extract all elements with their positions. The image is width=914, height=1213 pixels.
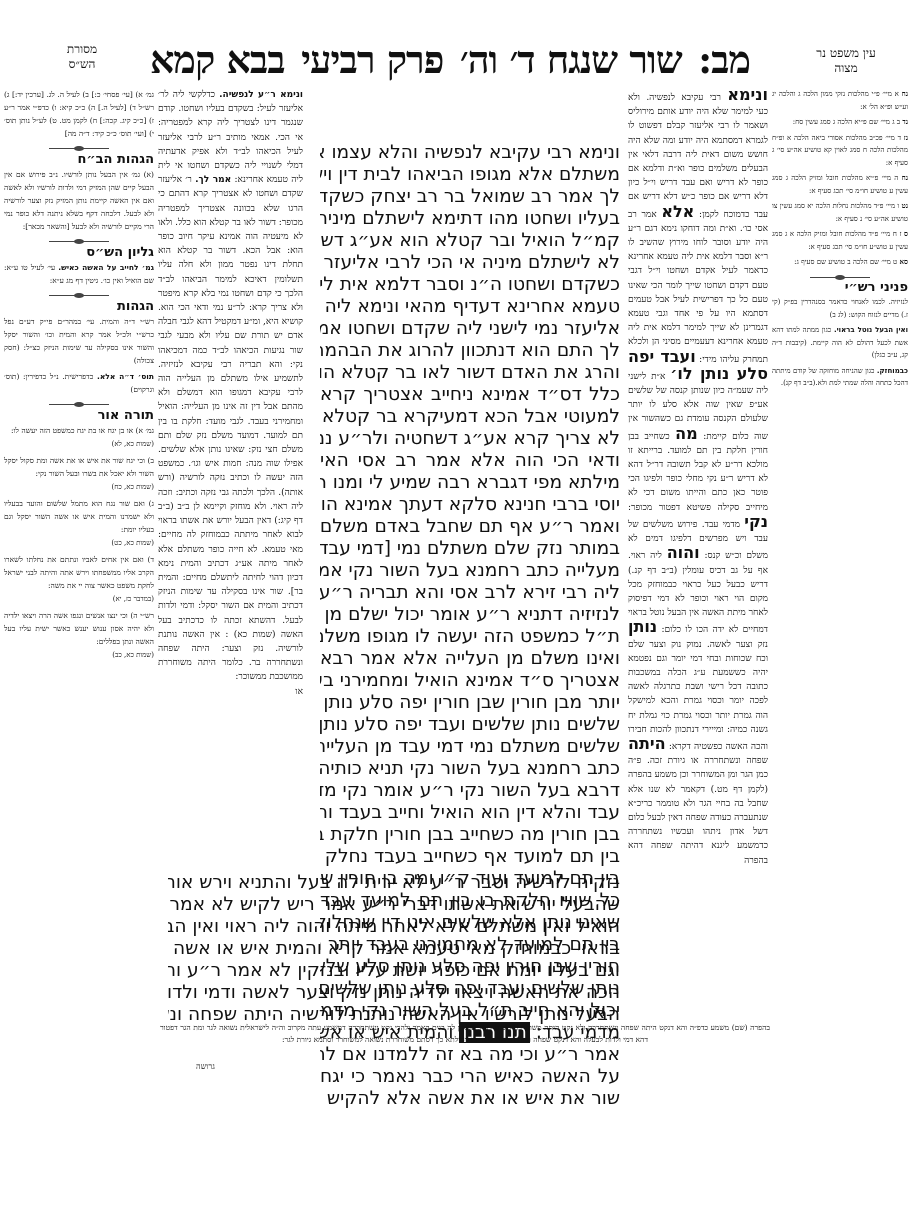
gemara-line: במותר נזק שלם משתלם נמי [דמי עבד] bbox=[320, 538, 620, 560]
torah-or-verse: רש״י ה) וכי ינצו אנשים ונגפו אשה הרה ויצ… bbox=[4, 609, 154, 662]
gilyon-hashas-text: גמ׳ לחייב על האשה כאיש. עי׳ לעיל טו ע״א:… bbox=[4, 261, 154, 287]
gilyon-hashas-title: גליון הש״ס bbox=[4, 246, 154, 259]
gemara-line: דרבא בעל השור נקי ר״ע אומר נקי מדמי bbox=[320, 780, 620, 802]
gemara-line: כלל דס״ד אמינא ניחייב אצטריך קרא bbox=[320, 384, 620, 406]
gemara-line: יותר מבן חורין שבן חורין יפה סלע נותן סל… bbox=[320, 692, 620, 714]
gemara-line: ואמר ר״ע אף תם שחבל באדם משלם bbox=[320, 516, 620, 538]
ein-mishpat-entry: נח א מיי׳ פ״י מהלכות נזקי ממון הלכה ג וה… bbox=[772, 88, 908, 113]
rashi-commentary: ונימא רבי עקיבא לנפשיה. ולא כעי למימר של… bbox=[628, 88, 768, 868]
ein-mishpat-column: נח א מיי׳ פ״י מהלכות נזקי ממון הלכה ג וה… bbox=[772, 88, 908, 393]
tosafot-dibbur-hamatchil: אמר לך. bbox=[195, 175, 231, 185]
gemara-line: וגם בעליו יומת אם כופר יושת עליו ובנזקין… bbox=[168, 960, 620, 982]
torah-or-verse: ב) וכי יגח שור את איש או את אשה ומת סקול… bbox=[4, 454, 154, 494]
gemara-line: לא לישתלם מיניה אי הכי לרבי אליעזר נמי bbox=[320, 252, 620, 274]
gemara-line: הכה את האשה ויצאו ילדיה נותן נזק וצער לא… bbox=[168, 982, 620, 1004]
rashi-dibbur-hamatchil: ונימא bbox=[727, 85, 768, 104]
gemara-line: אליעזר נמי לישני ליה שקדם ושחטו אמר bbox=[320, 318, 620, 340]
ornament-divider bbox=[49, 295, 109, 296]
gemara-line: אצטריך ס״ד אמינא הואיל ומחמירני בעבד bbox=[320, 670, 620, 692]
gemara-line: שור את איש או את אשה אלא להקיש אשה bbox=[320, 1088, 620, 1110]
perek-label: פרק רביעי bbox=[301, 40, 443, 80]
torah-or-verse: גמ׳ א) או בן יגח או בת יגח כמשפט הזה יעש… bbox=[4, 424, 154, 451]
pnei-rashi-entry: ואין הבעל נוטל בראוי. כגון ממתה למתו דהא… bbox=[772, 324, 908, 362]
gemara-line: לא צריך קרא אע״ג דשחטיה ולר״ע נמי bbox=[320, 428, 620, 450]
torah-or-verse: ד) ואם אין אחים לאביו ונתתם את נחלתו לשא… bbox=[4, 553, 154, 606]
gemara-line: בראוי כבמוחזק מאי טעמא אמר קרא והמית איש… bbox=[168, 938, 620, 960]
ornament-divider bbox=[49, 241, 109, 242]
hagahot-bach-title: הגהות הב״ח bbox=[4, 153, 154, 166]
gemara-line: שלשים משתלם נמי דמי עבד מן העלייה bbox=[320, 736, 620, 758]
gemara-text-wide: נזקיה לורשיה וסבר ר״ע לא ירית לה בעל והת… bbox=[168, 872, 620, 1026]
pnei-rashi-title: פניני רש״י bbox=[772, 282, 908, 295]
talmud-page: מסורת הש״ס מב: שור שנגח ד׳ וה׳ פרק רביעי… bbox=[0, 0, 914, 1213]
gemara-line: מילתא מפי דגברא רבה שמיע לי ומנו רבי bbox=[320, 472, 620, 494]
gemara-line: ונימא רבי עקיבא לנפשיה והלא עצמו אין bbox=[320, 142, 620, 164]
gemara-line: קמ״ל הואיל ובר קטלא הוא אע״ג דשחטיה bbox=[320, 230, 620, 252]
masoret-hashas-heading: מסורת הש״ס bbox=[52, 42, 112, 72]
pnei-rashi-entry: לנזיזיה. לכמו לאנחוי כדאמר בסנהדרין בפ״ק… bbox=[772, 296, 908, 321]
pnei-rashi-entry: כבמוחזק. כגון שהניחה מוחזקה של קודם מיתת… bbox=[772, 365, 908, 390]
ein-mishpat-entry: נח ה מיי׳ פ״יא מהלכות חובל ומזיק הלכה ג … bbox=[772, 172, 908, 197]
gemara-line: אמר ר״ע וכי מה בא זה ללמדנו אם לחייב bbox=[320, 1044, 620, 1066]
gemara-line: למעוטי אבל הכא דמעיקרא בר קטלא הוה bbox=[320, 406, 620, 428]
tractate-name: בבא קמא bbox=[150, 40, 285, 80]
gemara-line: ליה רבי זירא לרב אסי והא תבריה ר״ע bbox=[320, 582, 620, 604]
rashi-continuation-bottom: בהפרה (שם) משמע כדפ״ה והא דנקט היתה שפחה… bbox=[160, 1022, 770, 1046]
ein-mishpat-entry: סא ט מיי׳ שם הלכה ב טושיע שם סעיף ג: bbox=[772, 256, 908, 269]
ein-mishpat-entry: ס ז ח מיי׳ פ״ד מהלכות חובל ומזיק הלכה א … bbox=[772, 228, 908, 253]
gemara-line: בין תם למועד אף כשחייב בעבד נחלק בו bbox=[320, 846, 620, 868]
gemara-line: בעליו ושחטו מהו דתימא לישתלם מיניה bbox=[320, 208, 620, 230]
page-title: מב: שור שנגח ד׳ וה׳ פרק רביעי בבא קמא bbox=[150, 40, 750, 80]
gemara-line: על האשה כאיש הרי כבר נאמר כי יגח bbox=[320, 1066, 620, 1088]
tosafot-dibbur-hamatchil: ונימא ר״ע לנפשיה. bbox=[219, 90, 303, 100]
rashi-dibbur-hamatchil: היתה bbox=[628, 734, 666, 753]
gemara-line: והרג את האדם דשור לאו בר קטלא הוא bbox=[320, 362, 620, 384]
gemara-line: לנזיזיה דתניא ר״ע אומר יכול ישלם מן העלי… bbox=[320, 604, 620, 626]
gemara-line: ואינו משלם מן העלייה אלא אמר רבא bbox=[320, 648, 620, 670]
page-header: מסורת הש״ס מב: שור שנגח ד׳ וה׳ פרק רביעי… bbox=[0, 38, 914, 88]
gemara-line: כשקדם ושחטו ה״נ וסבר דלמא אית ליה bbox=[320, 274, 620, 296]
ein-mishpat-heading: עין משפט נר מצוה bbox=[810, 46, 882, 76]
chapter-title: שור שנגח ד׳ וה׳ bbox=[460, 40, 682, 80]
rashi-dibbur-hamatchil: והוה bbox=[667, 543, 700, 562]
rashi-dibbur-hamatchil: מה bbox=[675, 424, 698, 443]
gemara-line: משתלם אלא מגופו הביאהו לבית דין וישלם bbox=[320, 164, 620, 186]
gemara-line: מעלייה כתב רחמנא בעל השור נקי אמר bbox=[320, 560, 620, 582]
gemara-line: שלשים נותן שלשים ועבד יפה סלע נותן bbox=[320, 714, 620, 736]
tosafot-end-word: או bbox=[158, 685, 303, 699]
ornament-divider bbox=[49, 404, 109, 405]
gemara-line: יוסי ברבי חנינא סלקא דעתך אמינא הואיל bbox=[320, 494, 620, 516]
rashi-dibbur-hamatchil: אלא bbox=[661, 202, 694, 221]
gemara-final-word: או bbox=[588, 1002, 606, 1023]
ornament-divider bbox=[810, 277, 870, 278]
ein-mishpat-entry: נד ב ג מיי׳ שם פ״יא הלכה ג סמג עשין סח: bbox=[772, 116, 908, 129]
hagahot-tosafot: תוס׳ ד״ה אלא. כדפרישית. נ״ל כדפירין: (תו… bbox=[4, 370, 154, 396]
torah-or-verse: ג) ואם שור נגח הוא מתמל שלשום והועד בבעל… bbox=[4, 497, 154, 550]
ein-mishpat-entry: נז ד מיי׳ פכ״ב מהלכות אסורי ביאה הלכה א … bbox=[772, 132, 908, 170]
gemara-line: טעמא אחרינא דעדיף מהאי ונימא ליה ורבי bbox=[320, 296, 620, 318]
gemara-line: בבן חורין מה כשחייב בבן חורין חלקת בו bbox=[320, 824, 620, 846]
gemara-line: ת״ל כמשפט הזה יעשה לו מגופו משלם bbox=[320, 626, 620, 648]
gemara-line: ודאי הכי הוה אלא אמר רב אסי האי bbox=[320, 450, 620, 472]
gemara-line: הואיל ואין משתלם אלא לאחר מיתה והוה ליה … bbox=[168, 916, 620, 938]
daf-number: מב: bbox=[698, 40, 750, 80]
catchword: גרושה bbox=[196, 1062, 215, 1071]
hagahot-text: רש״י ד״ה והמית. עי׳ במהר״ם פי״ק דע״ם נפל… bbox=[4, 315, 154, 367]
hagahot-title: הגהות bbox=[4, 300, 154, 313]
gemara-line: לך התם הוא דנתכוון להרוג את הבהמה bbox=[320, 340, 620, 362]
gemara-line: לך אמר רב שמואל בר רב יצחק כשקדם bbox=[320, 186, 620, 208]
tosafot-commentary: ונימא ר״ע לנפשיה. כדלקשי ליה לר׳ אליעזר … bbox=[158, 88, 303, 699]
rashi-dibbur-hamatchil: נותן bbox=[628, 617, 657, 636]
ein-mishpat-entry: נט ו מיי׳ פ״ד מהלכות נחלות הלכה יא סמג ע… bbox=[772, 200, 908, 225]
gemara-line: שהבעל יורש את אשתו דברי ר״ע אמר ריש לקיש… bbox=[168, 894, 620, 916]
hagahot-bach-text: (א) גמ׳ אין הבעל נותן לורשיו. נ״ב פירוש … bbox=[4, 168, 154, 233]
rashi-dibbur-hamatchil: נקי bbox=[744, 512, 768, 531]
ornament-divider bbox=[49, 148, 109, 149]
gemara-line: כתב רחמנא בעל השור נקי תניא כותיה bbox=[320, 758, 620, 780]
gemara-line: עבד והלא דין הוא הואיל וחייב בעבד וחייב bbox=[320, 802, 620, 824]
masoret-hashas-column: גמ׳ א) [עי׳ פסחי׳ כ:] ב) לעיל ה. לג. [ער… bbox=[4, 88, 154, 665]
gemara-line: נזקיה לורשיה וסבר ר״ע לא ירית לה בעל והת… bbox=[168, 872, 620, 894]
masoret-references: גמ׳ א) [עי׳ פסחי׳ כ:] ב) לעיל ה. לג. [ער… bbox=[4, 88, 154, 140]
torah-or-title: תורה אור bbox=[4, 409, 154, 422]
